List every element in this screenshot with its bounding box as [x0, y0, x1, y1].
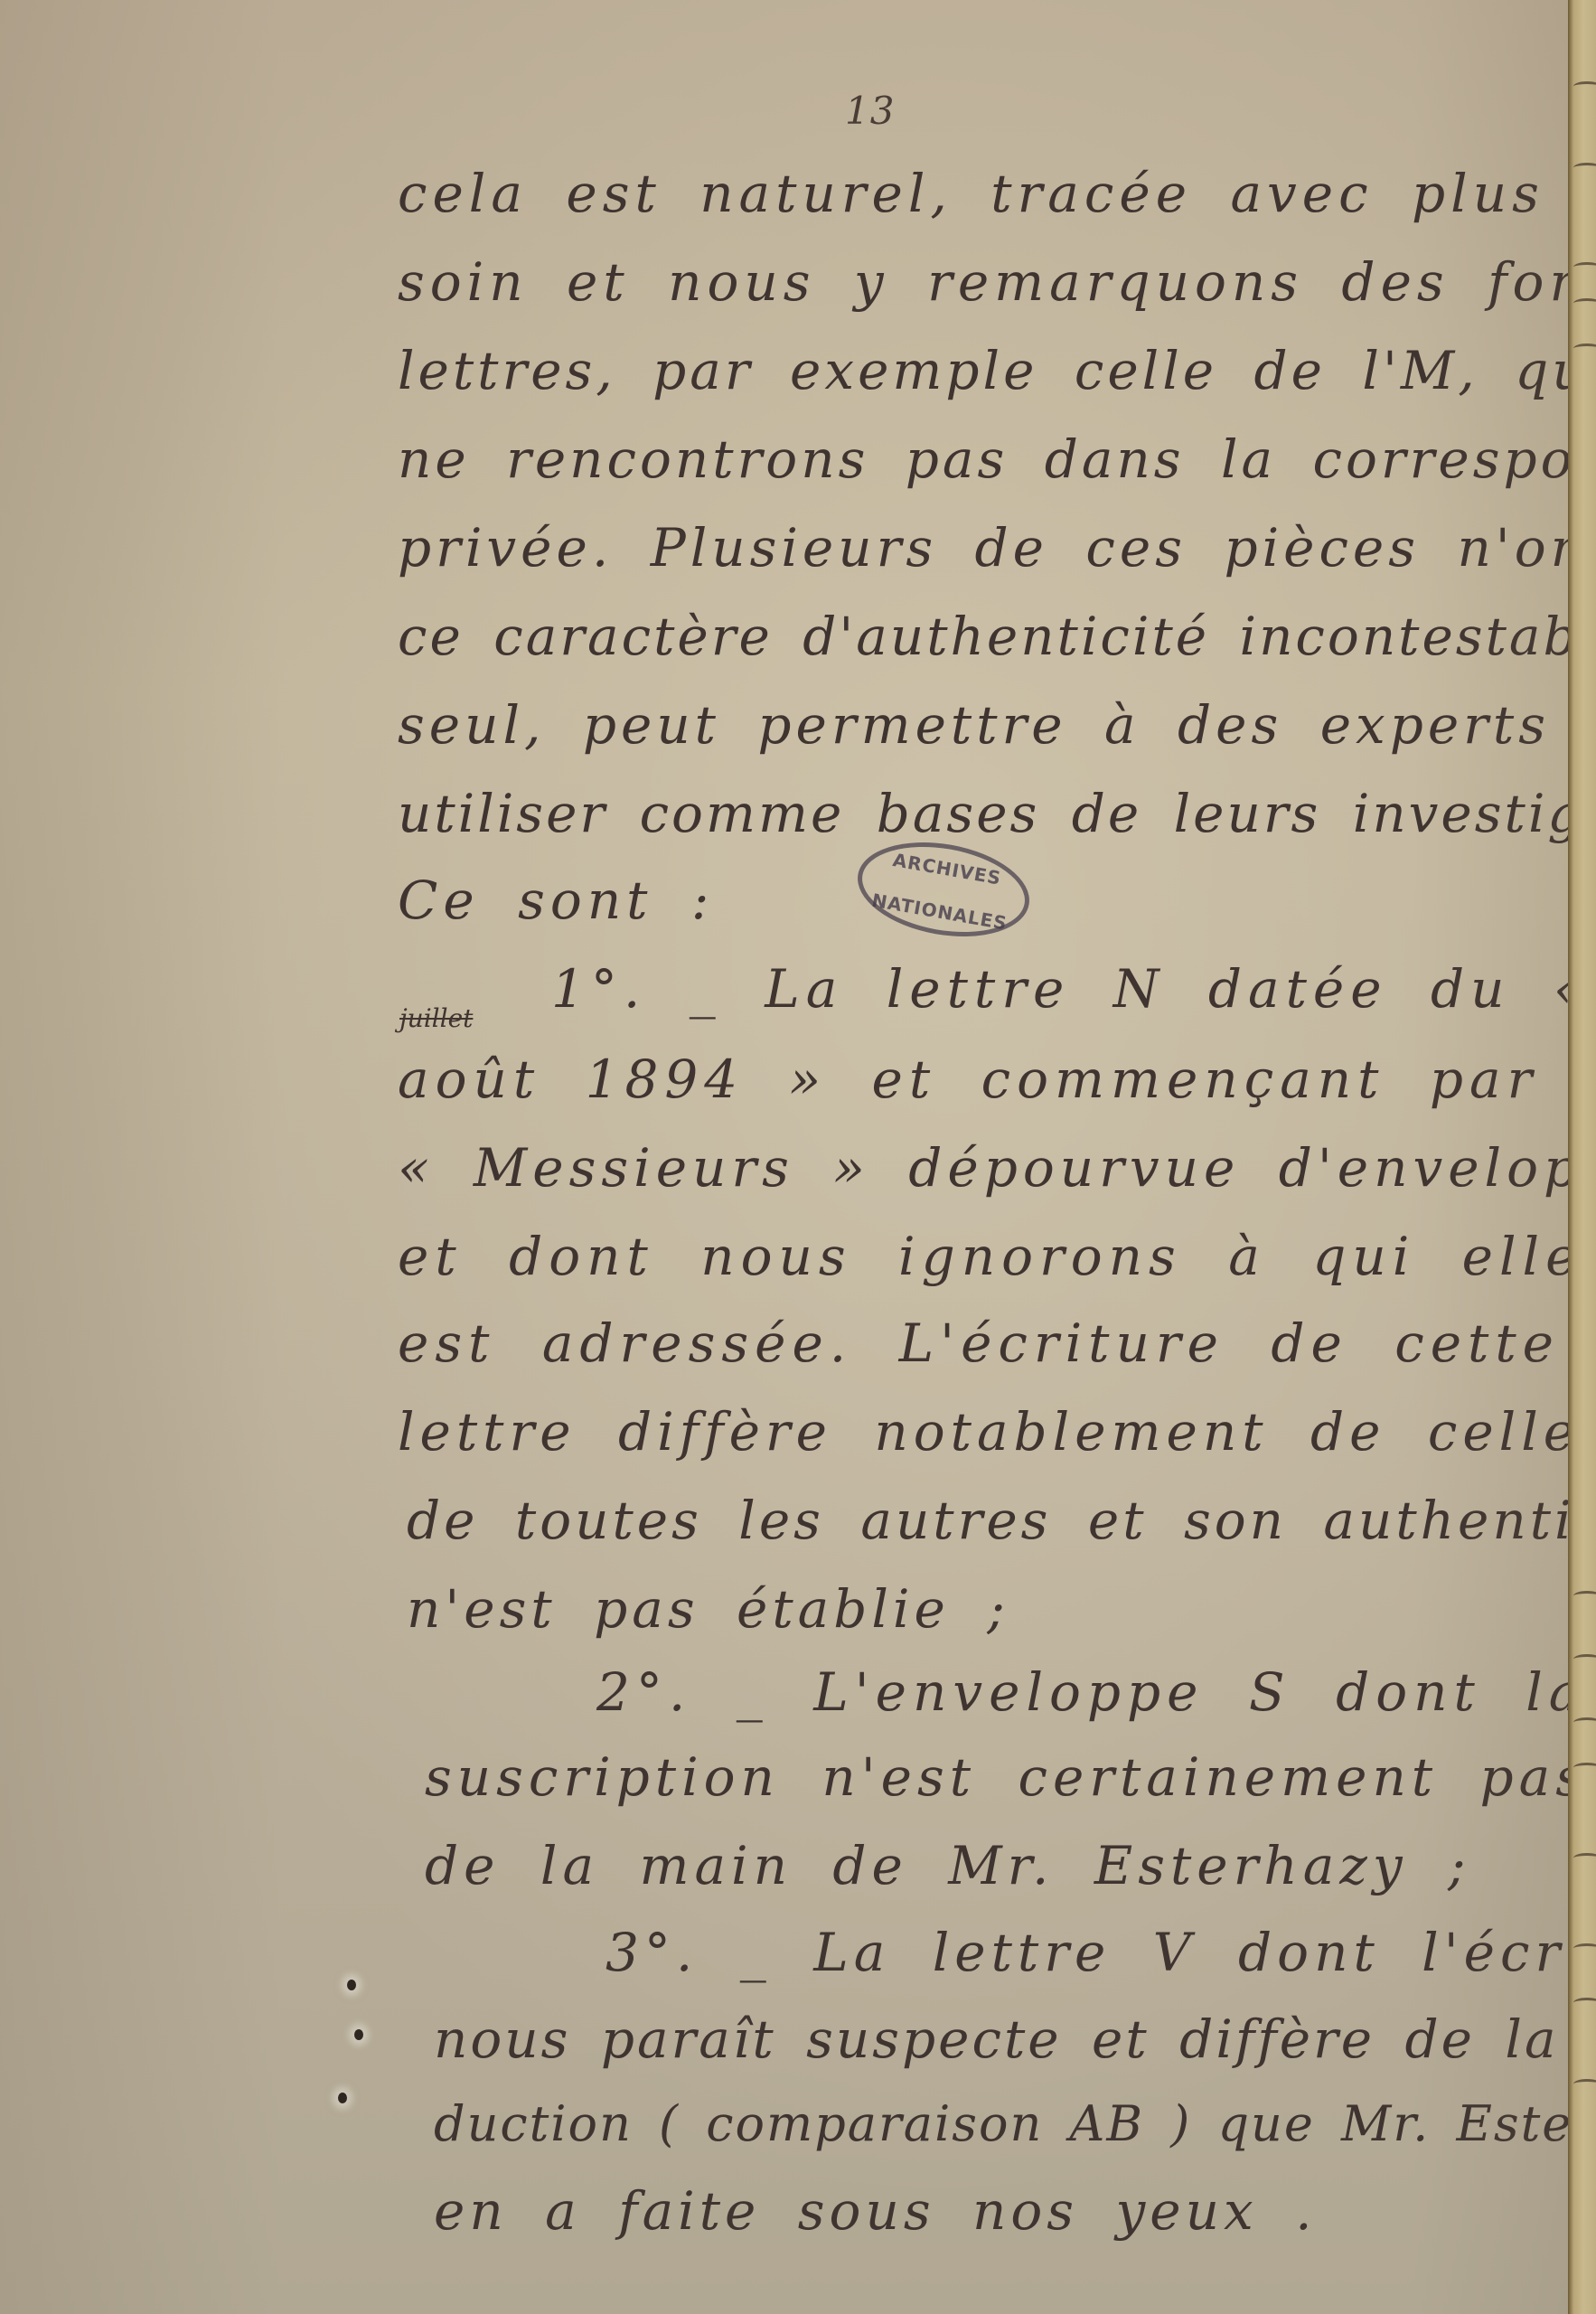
- text-line: et dont nous ignorons à qui elle: [398, 1226, 1582, 1287]
- text-line: cela est naturel, tracée avec plus de: [398, 163, 1596, 224]
- binding-holes: [334, 1980, 371, 2115]
- text-line: Ce sont :: [398, 870, 714, 931]
- manuscript-page: 13 cela est naturel, tracée avec plus de…: [0, 0, 1568, 2314]
- text-line: est adressée. L'écriture de cette: [398, 1312, 1560, 1374]
- list-item-1: 1°. _ La lettre N datée du « 13: [551, 958, 1596, 1020]
- text-line: duction ( comparaison AB ) que Mr. Ester…: [434, 2095, 1596, 2152]
- list-item-3: 3°. _ La lettre V dont l'écriture: [606, 1922, 1596, 1983]
- page-number: 13: [845, 89, 895, 133]
- text-line: soin et nous y remarquons des formes de: [398, 251, 1596, 313]
- text-line: août 1894 » et commençant par: [398, 1049, 1538, 1110]
- text-line: ne rencontrons pas dans la correspondanc…: [398, 428, 1596, 490]
- text-line: de toutes les autres et son authenticité: [407, 1490, 1596, 1551]
- text-line: de la main de Mr. Esterhazy ;: [425, 1835, 1471, 1896]
- struck-correction: juillet: [399, 1003, 473, 1033]
- text-line: lettres, par exemple celle de l'M, que n…: [398, 340, 1596, 401]
- text-line: nous paraît suspecte et diffère de la re…: [434, 2008, 1596, 2070]
- adjacent-page-edge: [1568, 0, 1596, 2314]
- text-line: en a faite sous nos yeux .: [434, 2180, 1317, 2242]
- stamp-top-text: ARCHIVES: [891, 849, 1003, 889]
- text-line: utiliser comme bases de leurs investigat…: [398, 783, 1596, 844]
- archives-nationales-stamp: ARCHIVES NATIONALES: [850, 830, 1037, 949]
- text-line: privée. Plusieurs de ces pièces n'ont pa…: [398, 517, 1596, 578]
- text-line: n'est pas établie ;: [407, 1578, 1009, 1640]
- text-line: suscription n'est certainement pas: [425, 1746, 1588, 1808]
- text-line: lettre diffère notablement de celle: [398, 1401, 1580, 1463]
- text-line: ce caractère d'authenticité incontestabl…: [398, 606, 1596, 667]
- text-line: seul, peut permettre à des experts de le…: [398, 694, 1596, 756]
- stamp-bottom-text: NATIONALES: [870, 889, 1009, 935]
- text-line: « Messieurs » dépourvue d'enveloppe: [398, 1137, 1596, 1199]
- list-item-2: 2°. _ L'enveloppe S dont la: [596, 1661, 1586, 1723]
